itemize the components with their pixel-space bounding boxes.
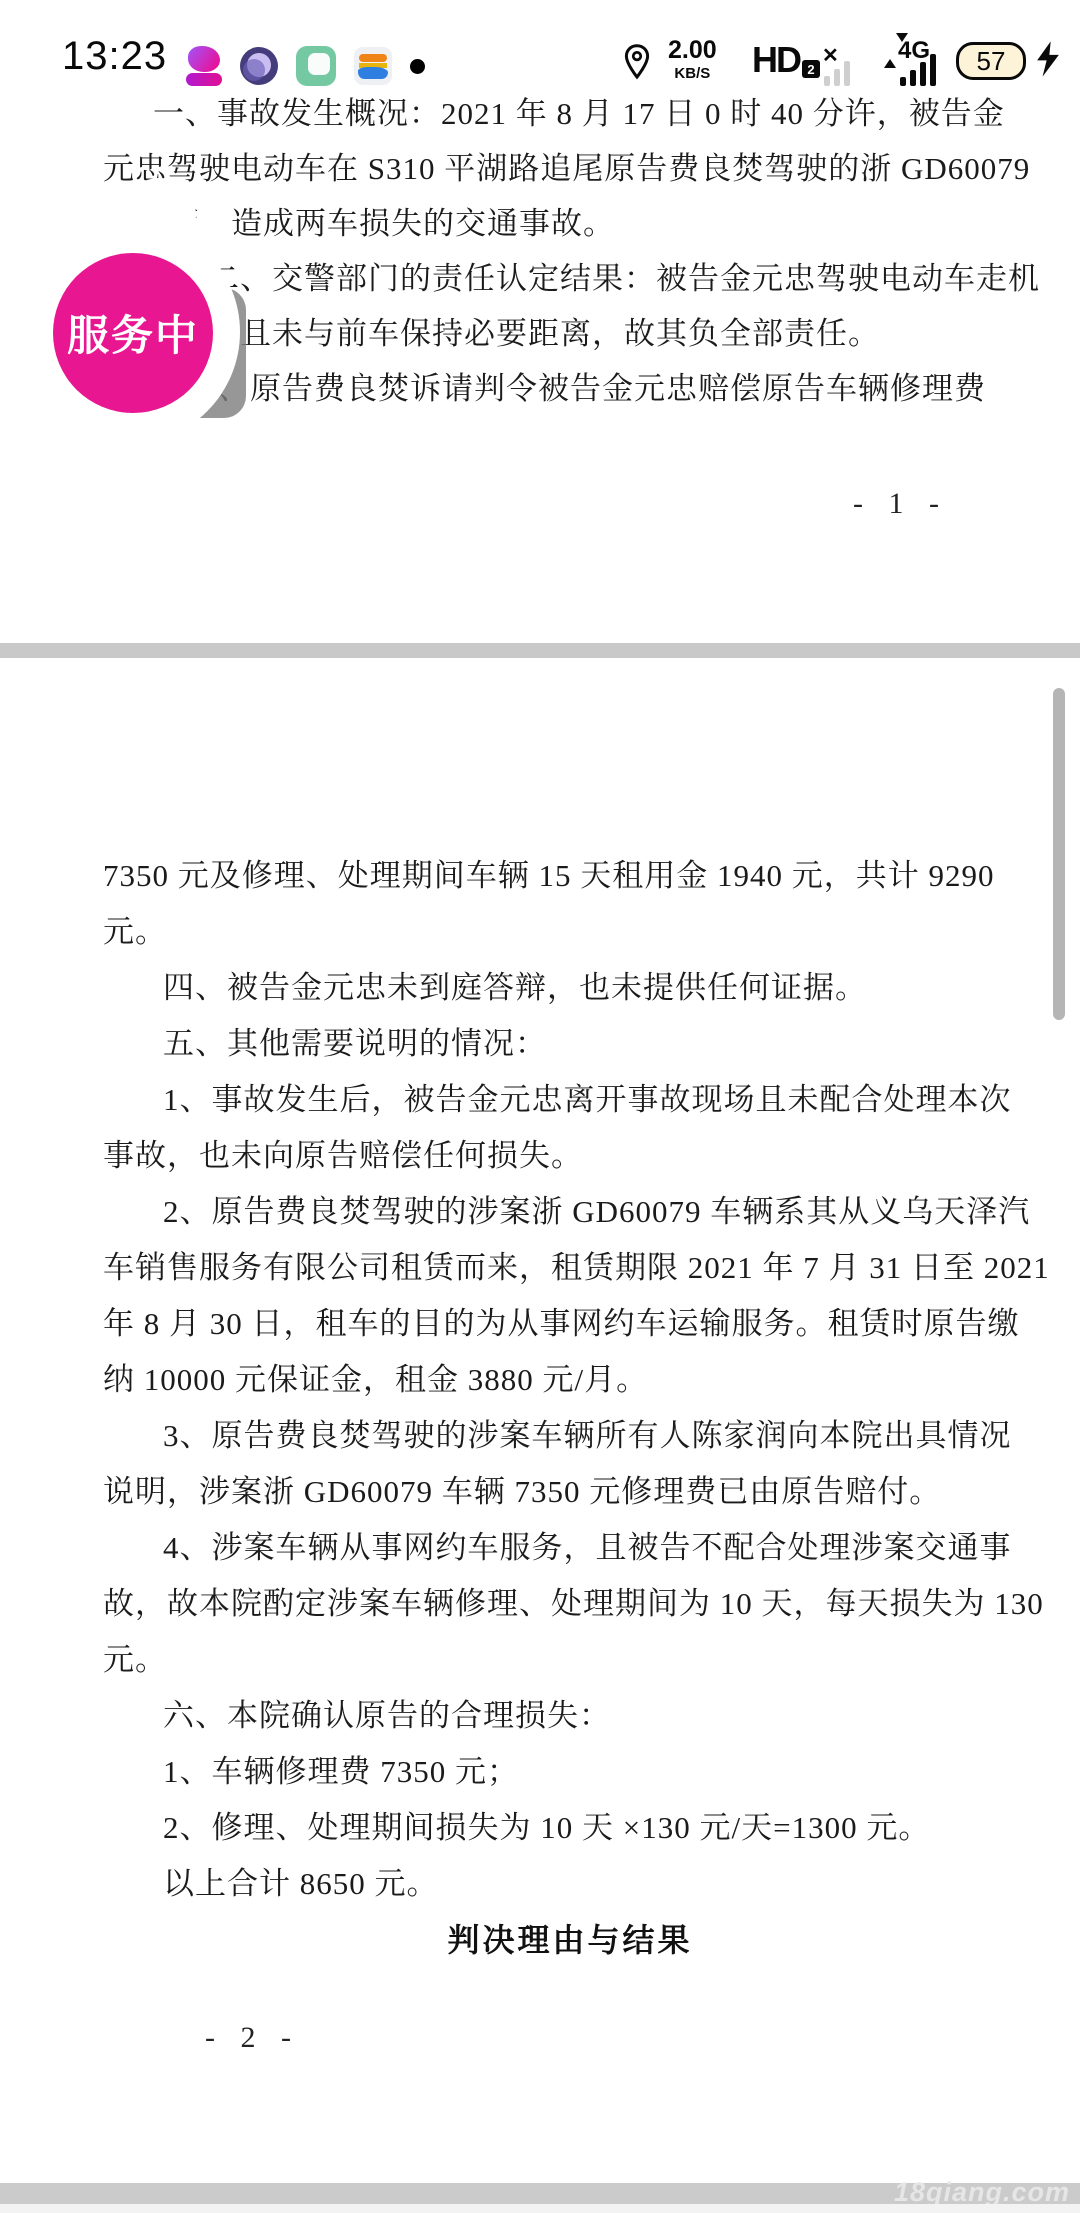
doc-line: 说明，涉案浙 GD60079 车辆 7350 元修理费已由原告赔付。 (0, 1464, 1080, 1520)
clock: 13:23 (62, 34, 167, 79)
doc-line: 1、事故发生后，被告金元忠离开事故现场且未配合处理本次 (0, 1072, 1080, 1128)
scrollbar-thumb[interactable] (1053, 688, 1065, 1020)
weather-app-icon (354, 47, 392, 85)
service-floating-badge[interactable]: 服务中 (0, 178, 262, 446)
phone-screen: 13:23 2.00 KB/S HD 2 ✕ 4G (0, 0, 1080, 2213)
notification-dot (410, 59, 425, 74)
network-speed: 2.00 KB/S (668, 38, 717, 81)
hd-sim-number: 2 (802, 60, 820, 78)
location-icon (622, 42, 652, 87)
bottom-strip (0, 2204, 1080, 2213)
notification-icons (186, 46, 425, 86)
travel-app-icon (186, 46, 222, 86)
planet-browser-icon (240, 47, 278, 85)
doc-line: 2、修理、处理期间损失为 10 天 ×130 元/天=1300 元。 (0, 1800, 1080, 1856)
doc-line: 五、其他需要说明的情况： (0, 1016, 1080, 1072)
sim1-signal-icon: ✕ (822, 46, 874, 86)
doc-line: 2、原告费良焚驾驶的涉案浙 GD60079 车辆系其从义乌天泽汽 (0, 1184, 1080, 1240)
battery-percent: 57 (977, 46, 1006, 77)
volte-hd-icon: HD 2 (752, 40, 820, 80)
doc-line: 事故，也未向原告赔偿任何损失。 (0, 1128, 1080, 1184)
doc-line: 元。 (0, 904, 1080, 960)
document-page-2: 7350 元及修理、处理期间车辆 15 天租用金 1940 元，共计 9290 … (0, 848, 1080, 1968)
page-number-1: - 1 - (853, 487, 948, 521)
doc-line: 以上合计 8650 元。 (0, 1856, 1080, 1912)
bottom-divider: 18qiang.com (0, 2183, 1080, 2204)
sim2-signal-icon: 4G (884, 38, 946, 86)
doc-line: 一、事故发生概况：2021 年 8 月 17 日 0 时 40 分许，被告金 (0, 86, 1080, 141)
section-heading: 判决理由与结果 (103, 1912, 1037, 1968)
charging-bolt-icon (1034, 40, 1062, 83)
page-number-2: - 2 - (205, 2021, 300, 2055)
doc-line: 车销售服务有限公司租赁而来，租赁期限 2021 年 7 月 31 日至 2021 (0, 1240, 1080, 1296)
network-speed-value: 2.00 (668, 38, 717, 63)
doc-line: 元。 (0, 1632, 1080, 1688)
hd-label: HD (752, 40, 800, 80)
doc-line: 六、本院确认原告的合理损失： (0, 1688, 1080, 1744)
notes-app-icon (296, 46, 336, 86)
doc-line: 3、原告费良焚驾驶的涉案车辆所有人陈家润向本院出具情况 (0, 1408, 1080, 1464)
doc-line: 4、涉案车辆从事网约车服务，且被告不配合处理涉案交通事 (0, 1520, 1080, 1576)
service-badge-circle[interactable]: 服务中 (53, 253, 213, 413)
status-bar: 13:23 2.00 KB/S HD 2 ✕ 4G (0, 0, 1080, 96)
network-speed-unit: KB/S (668, 66, 717, 81)
doc-line: 故，故本院酌定涉案车辆修理、处理期间为 10 天，每天损失为 130 (0, 1576, 1080, 1632)
page-divider (0, 643, 1080, 658)
doc-line: 纳 10000 元保证金，租金 3880 元/月。 (0, 1352, 1080, 1408)
doc-line: 7350 元及修理、处理期间车辆 15 天租用金 1940 元，共计 9290 (0, 848, 1080, 904)
doc-line: 四、被告金元忠未到庭答辩，也未提供任何证据。 (0, 960, 1080, 1016)
doc-line: 1、车辆修理费 7350 元； (0, 1744, 1080, 1800)
battery-indicator: 57 (956, 42, 1026, 80)
doc-line: 年 8 月 30 日，租车的目的为从事网约车运输服务。租赁时原告缴 (0, 1296, 1080, 1352)
service-badge-label: 服务中 (67, 303, 199, 363)
